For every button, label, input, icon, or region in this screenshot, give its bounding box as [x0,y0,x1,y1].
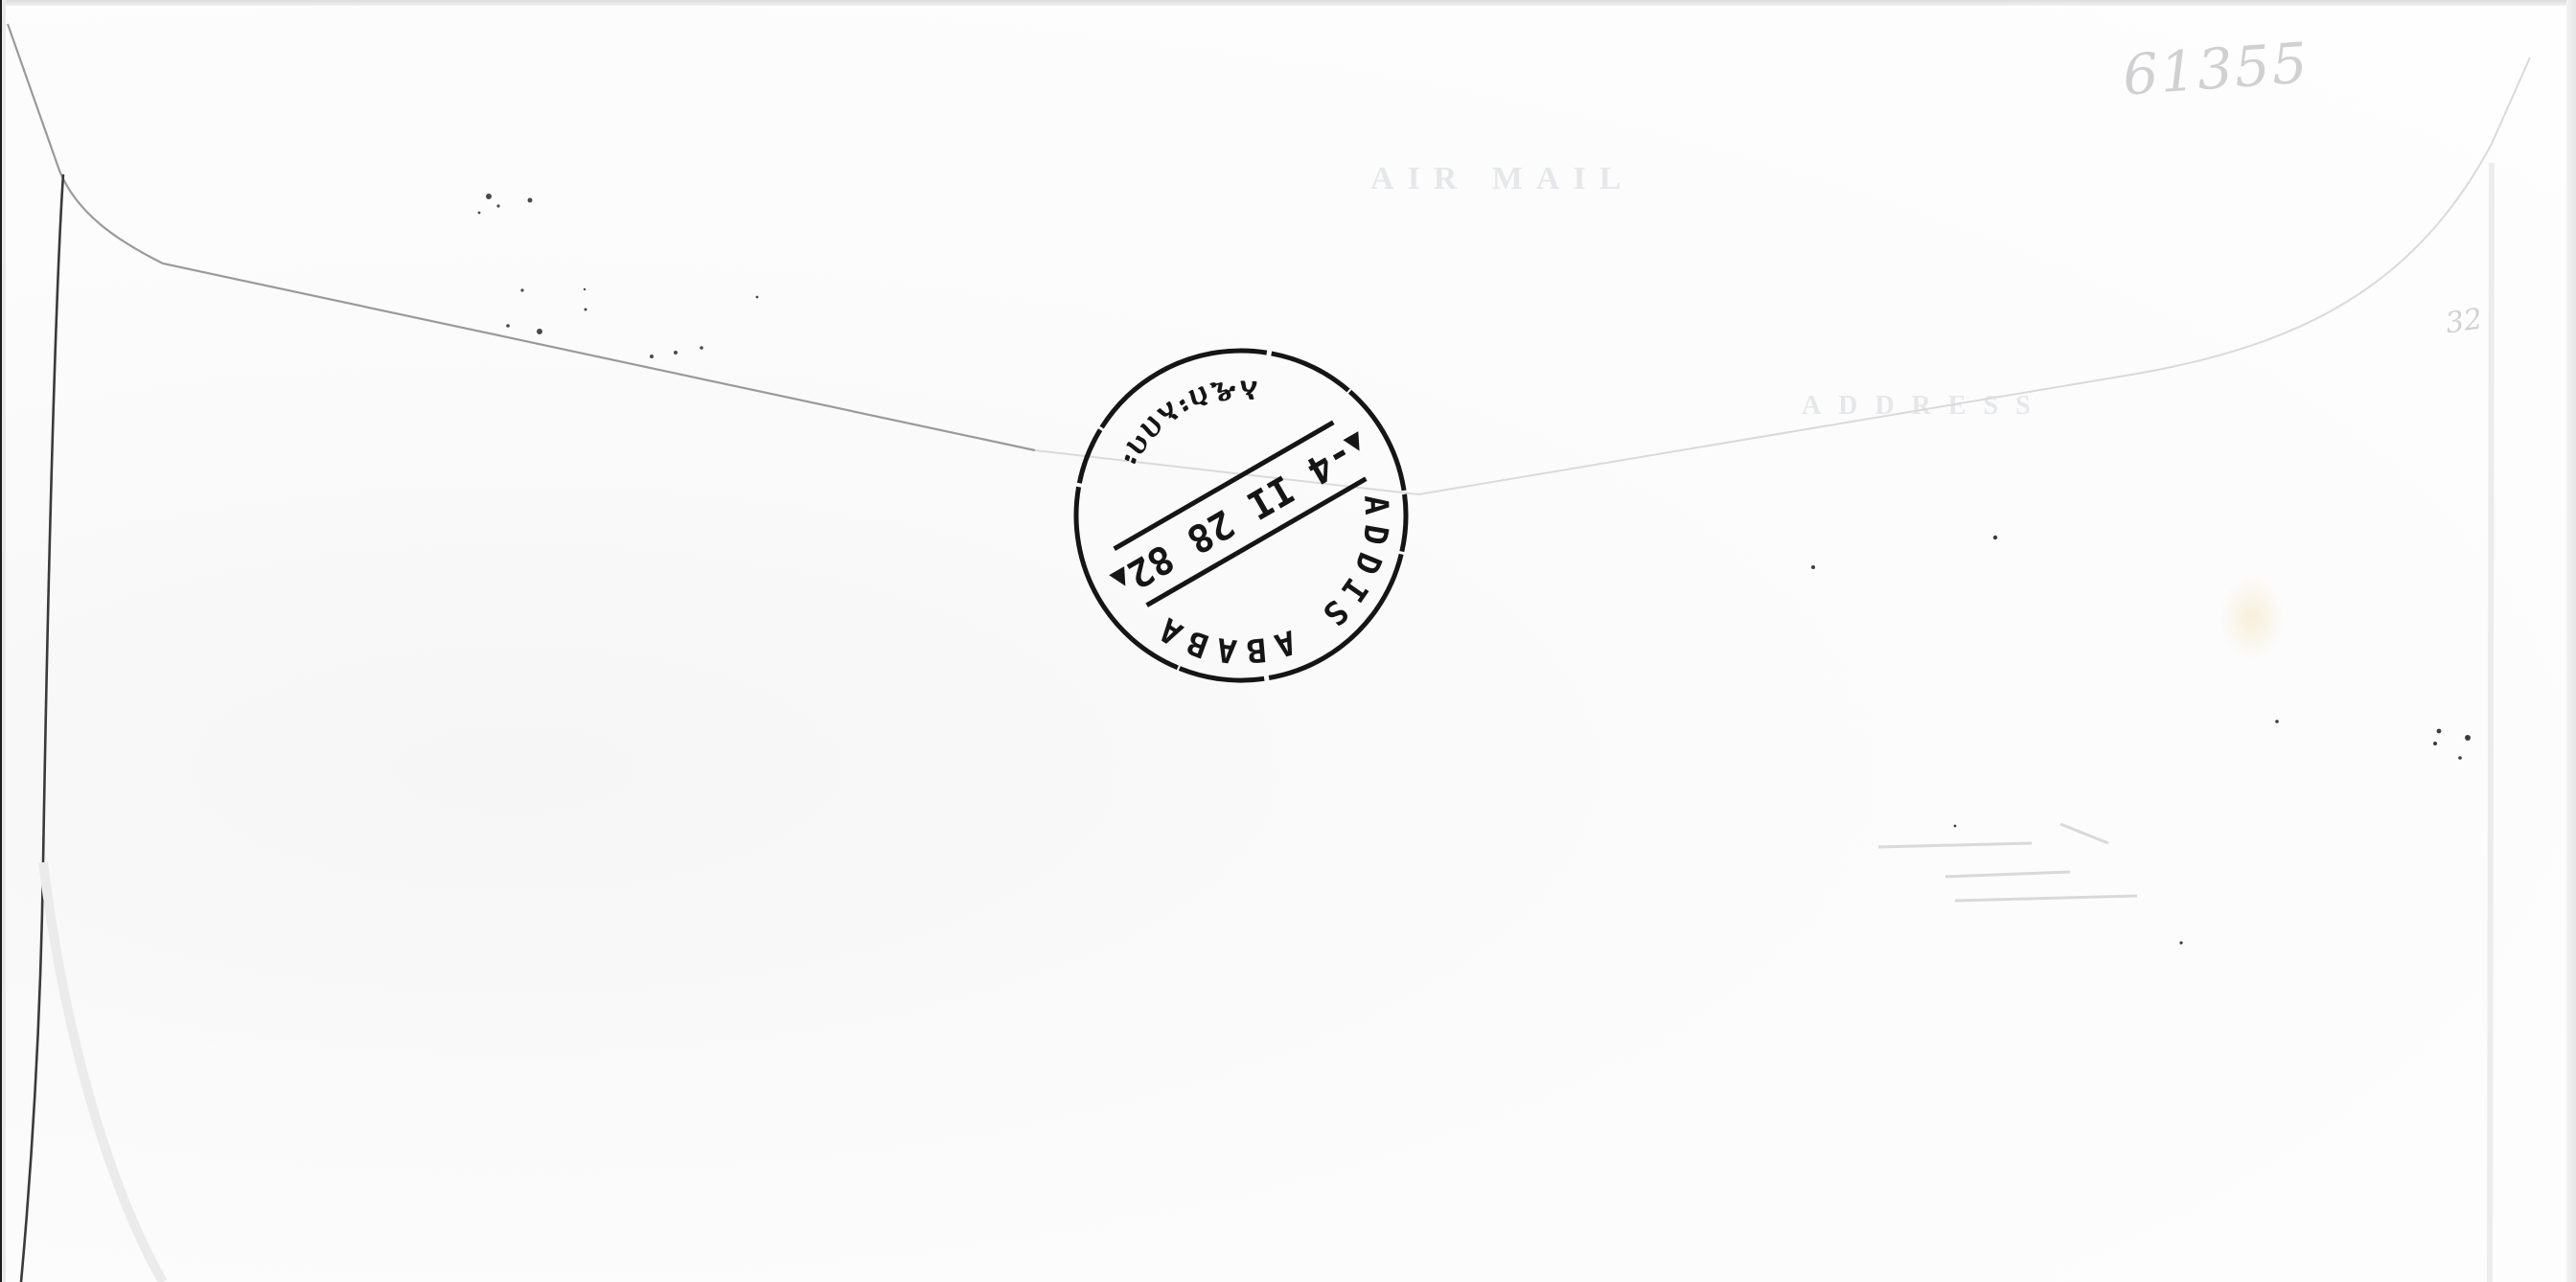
postmark-graphic: ADDIS ABABA አዲስ፡አበባ፡ ▲ ▲ -4 II 28 82 [1069,343,1414,688]
paper-stain [2219,575,2286,661]
pencil-annotation-small: 32 [2444,303,2485,341]
envelope-back: AIR MAIL ADDRESS [0,0,2576,1282]
postmark-city-amharic: አዲስ፡አበባ፡ [1096,350,1274,487]
postmark-stamp: ADDIS ABABA አዲስ፡አበባ፡ ▲ ▲ -4 II 28 82 [1069,343,1414,688]
postmark-date: -4 II 28 82 [1119,431,1361,596]
svg-text:አዲስ፡አበባ፡: አዲስ፡አበባ፡ [1096,350,1274,487]
pencil-annotation-number: 61355 [2121,30,2311,107]
